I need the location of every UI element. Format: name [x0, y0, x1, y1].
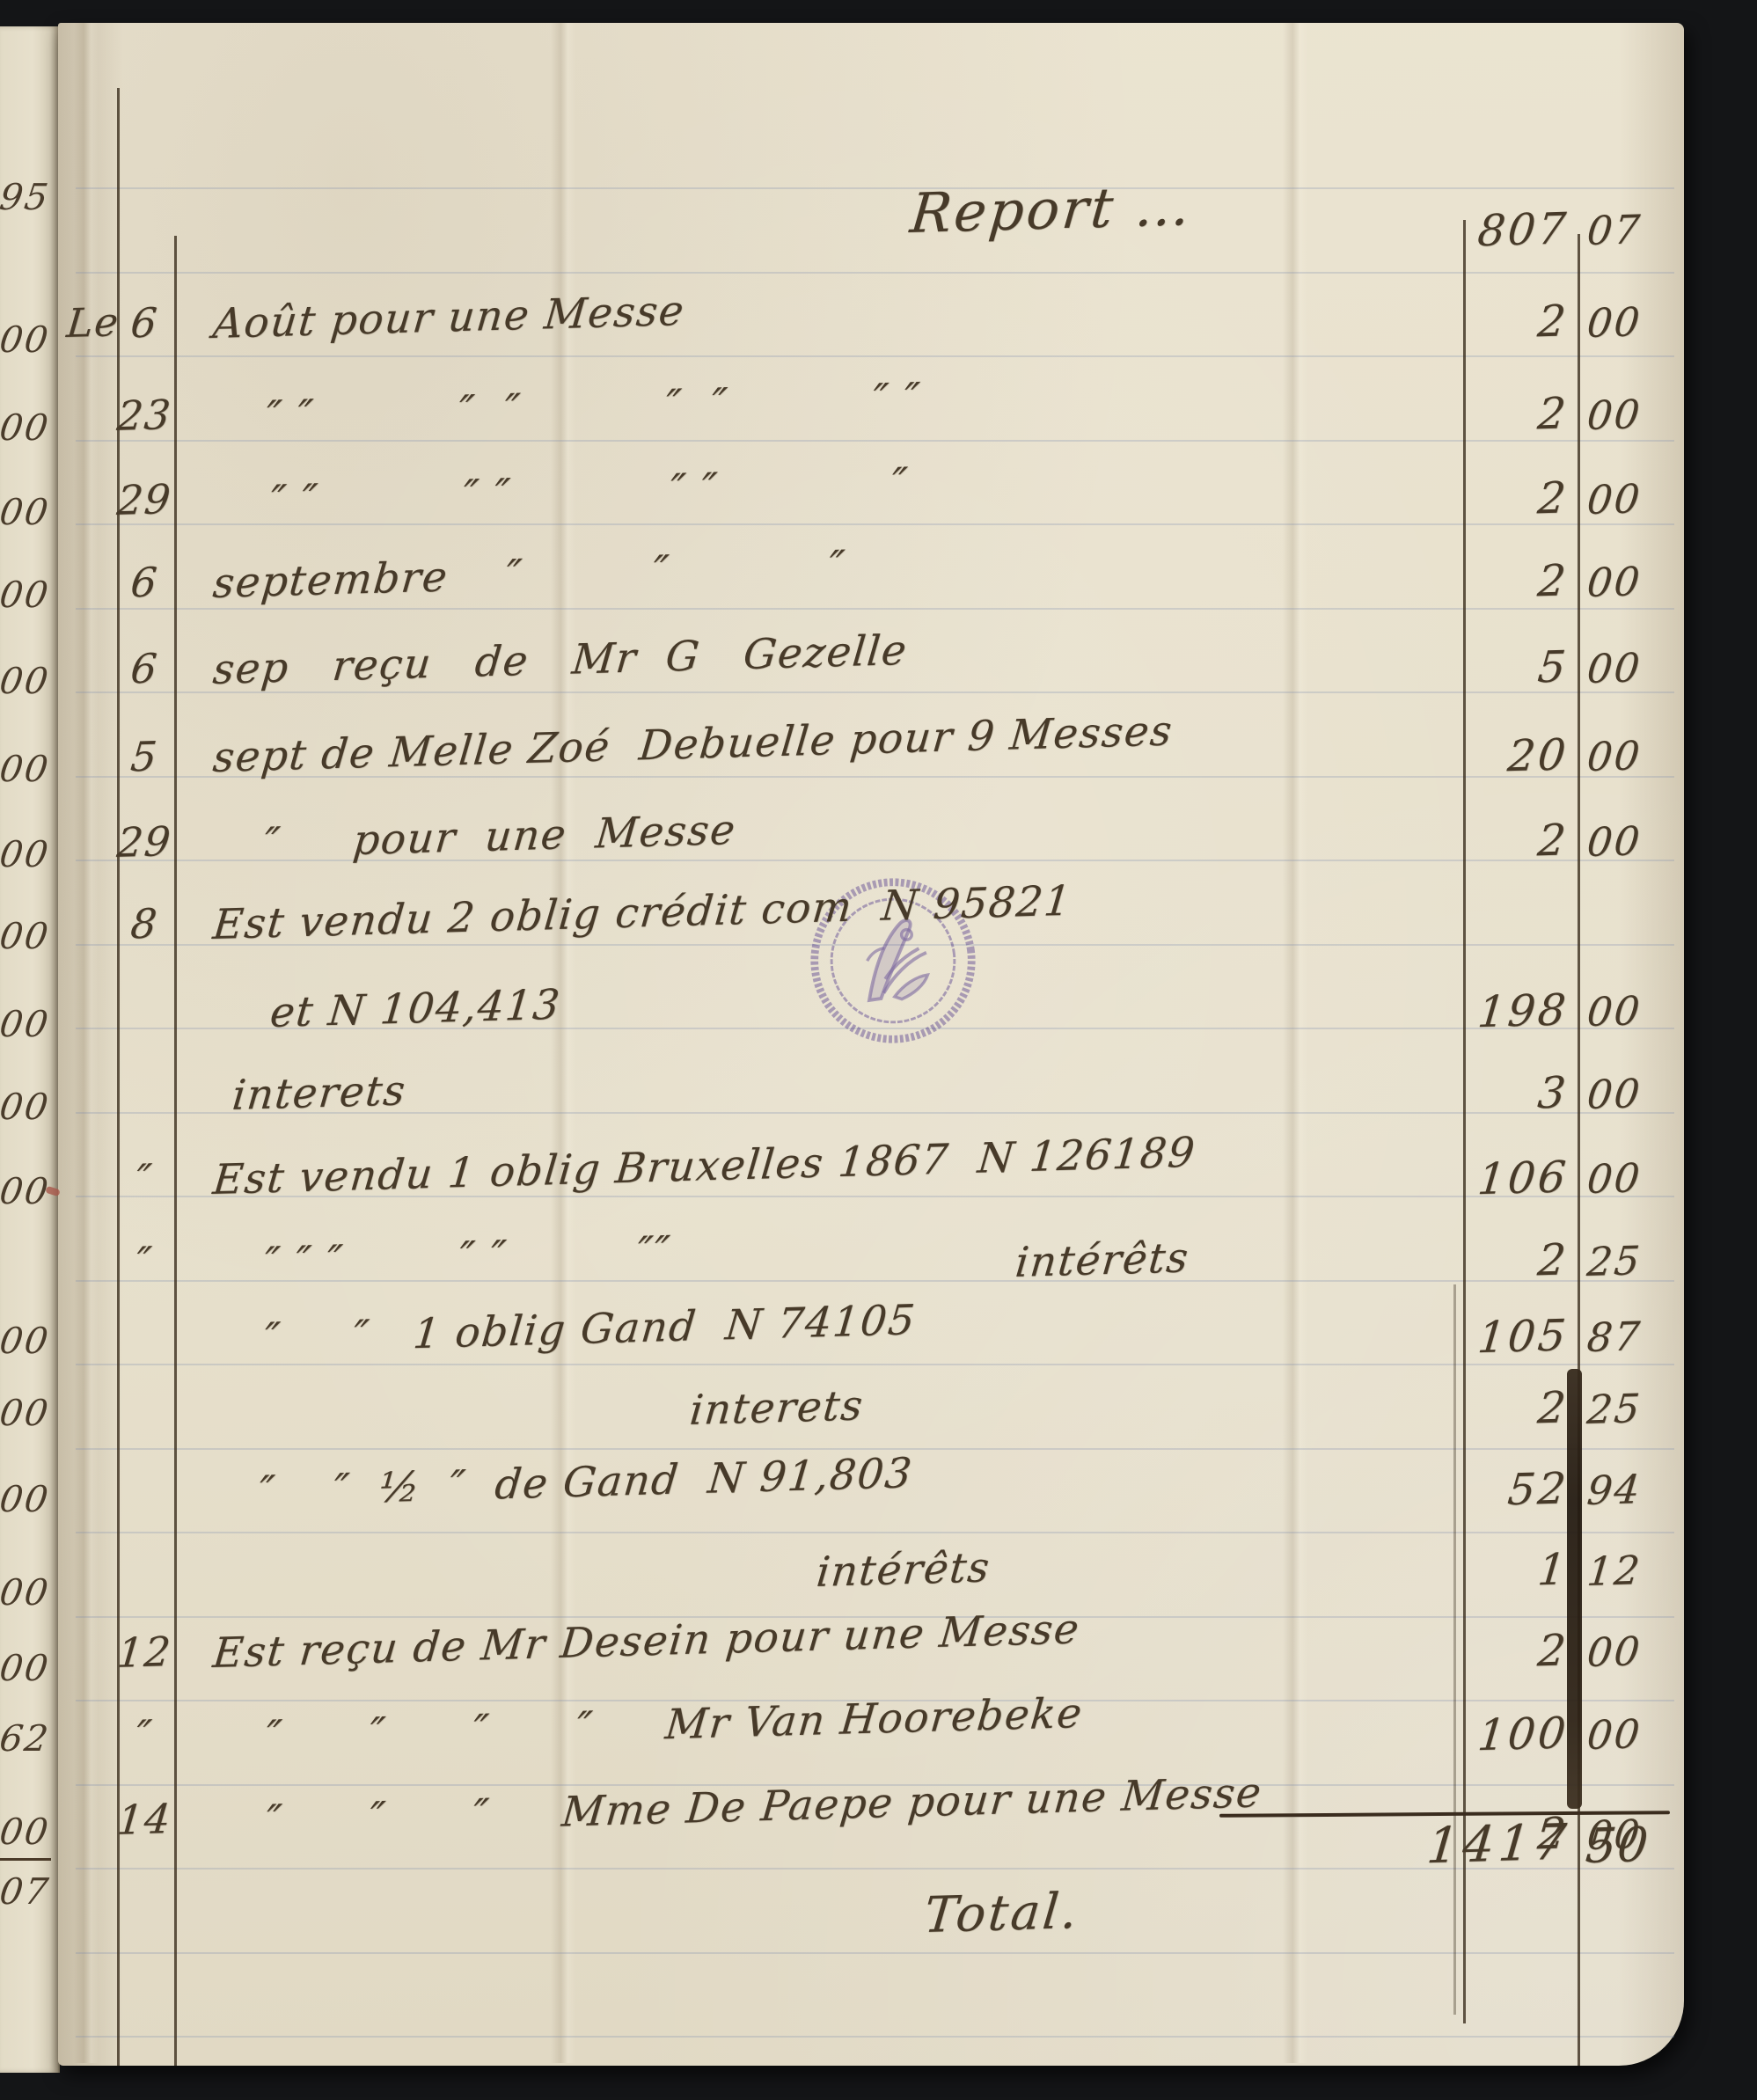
- row-amount-centimes: 00: [1585, 478, 1673, 520]
- row-amount-centimes: 00: [1585, 560, 1673, 603]
- row-description-interets: intérêts: [1014, 1237, 1191, 1284]
- total-amount-francs: 1417: [1401, 1818, 1572, 1872]
- ledger-row: 12 Est reçu de Mr Desein pour une Messe …: [0, 1633, 1757, 1703]
- row-amount-francs: 5: [1422, 645, 1570, 692]
- row-amount-centimes: 94: [1585, 1468, 1673, 1511]
- ledger-row: Le 6 Août pour une Messe 2 00: [0, 304, 1757, 374]
- row-amount-francs: 52: [1422, 1467, 1570, 1514]
- row-date: ″: [111, 1714, 178, 1756]
- ledger-row: 5 sept de Melle Zoé Debuelle pour 9 Mess…: [0, 737, 1757, 808]
- row-description: interets: [231, 1070, 408, 1116]
- ledger-row: 29 ″ ″ ″ ″ ″ ″ ″ 2 00: [0, 480, 1757, 551]
- row-amount-centimes: 25: [1585, 1387, 1673, 1430]
- row-date: ″: [111, 1240, 178, 1283]
- row-amount-centimes: 00: [1585, 393, 1673, 435]
- row-amount-francs: 2: [1422, 299, 1570, 347]
- row-amount-centimes: 12: [1585, 1549, 1673, 1591]
- row-amount-francs: 100: [1422, 1711, 1570, 1759]
- row-description: interets: [688, 1385, 866, 1431]
- row-amount-centimes: 00: [1585, 820, 1673, 862]
- row-description: intérêts: [815, 1547, 992, 1593]
- row-amount-francs: 2: [1422, 559, 1570, 606]
- row-date: 8: [111, 903, 178, 945]
- row-amount-centimes: 00: [1585, 735, 1673, 777]
- ledger-row: ″ Est vendu 1 oblig Bruxelles 1867 N 126…: [0, 1160, 1757, 1230]
- row-date: 29: [111, 479, 178, 521]
- row-amount-francs: 105: [1422, 1313, 1570, 1361]
- ledger-row: ″ ″ 1 oblig Gand N 74105 105 87: [0, 1318, 1757, 1388]
- row-amount-centimes: 00: [1585, 1713, 1673, 1755]
- row-amount-centimes: 00: [1585, 301, 1673, 343]
- row-date: 23: [111, 394, 178, 436]
- report-amount-francs: 807: [1422, 207, 1570, 254]
- ledger-row: ″ ″ ″ ″ ″ Mr Van Hoorebeke 100 00: [0, 1716, 1757, 1786]
- row-date: 12: [111, 1631, 178, 1673]
- ledger-row: 6 sep reçu de Mr G Gezelle 5 00: [0, 649, 1757, 720]
- row-amount-centimes: 25: [1585, 1240, 1673, 1282]
- ledger-row: et N 104,413 198 00: [0, 992, 1757, 1063]
- row-description: ″ pour une Messe: [262, 809, 738, 864]
- row-amount-centimes: 00: [1585, 1630, 1673, 1672]
- total-amount-centimes: 50: [1584, 1820, 1676, 1870]
- row-amount-centimes: 00: [1585, 990, 1673, 1032]
- report-amount-centimes: 07: [1585, 209, 1673, 251]
- total-label-row: Total.: [0, 1891, 1757, 1962]
- row-date: ″: [111, 1158, 178, 1200]
- row-amount-francs: 198: [1422, 988, 1570, 1035]
- row-description: Août pour une Messe: [211, 290, 686, 345]
- report-row: Report … 807 07: [0, 187, 1757, 257]
- report-label: Report …: [908, 179, 1195, 241]
- total-amount-row: 1417 50: [0, 1823, 1757, 1893]
- row-amount-francs: 2: [1422, 1386, 1570, 1433]
- row-date: 6: [111, 561, 178, 604]
- row-date: 6: [111, 648, 178, 690]
- row-amount-centimes: 00: [1585, 647, 1673, 689]
- row-amount-francs: 2: [1422, 391, 1570, 439]
- row-amount-centimes: 00: [1585, 1072, 1673, 1115]
- row-amount-francs: 3: [1422, 1071, 1570, 1118]
- row-amount-centimes: 00: [1585, 1157, 1673, 1199]
- row-description: ″ ″ ″ ″ ″ ″″: [262, 1231, 672, 1284]
- ledger-row: 8 Est vendu 2 oblig crédit com N 95821: [0, 904, 1757, 975]
- row-amount-francs: 2: [1422, 1628, 1570, 1676]
- row-amount-francs: 106: [1422, 1155, 1570, 1203]
- row-amount-francs: 20: [1422, 733, 1570, 780]
- ledger-row: 6 septembre ″ ″ ″ 2 00: [0, 563, 1757, 633]
- row-date: 6: [111, 302, 178, 344]
- row-amount-francs: 2: [1422, 476, 1570, 523]
- ruled-line: [76, 2036, 1674, 2038]
- row-date: 5: [111, 735, 178, 778]
- row-description: et N 104,413: [268, 984, 562, 1034]
- total-label: Total.: [922, 1887, 1082, 1941]
- ruled-line: [76, 272, 1674, 274]
- row-amount-francs: 1: [1422, 1548, 1570, 1595]
- ledger-row: ″ ″ ½ ″ de Gand N 91,803 52 94: [0, 1471, 1757, 1541]
- ledger-row: 23 ″ ″ ″ ″ ″ ″ ″ ″ 2 00: [0, 396, 1757, 466]
- row-date: 29: [111, 821, 178, 863]
- ledger-row: interets 3 00: [0, 1075, 1757, 1145]
- row-amount-centimes: 87: [1585, 1315, 1673, 1357]
- photographed-ledger-page: Report … 807 07 Le 6 Août pour une Messe…: [0, 0, 1757, 2100]
- row-amount-francs: 2: [1422, 818, 1570, 866]
- row-amount-francs: 2: [1422, 1238, 1570, 1285]
